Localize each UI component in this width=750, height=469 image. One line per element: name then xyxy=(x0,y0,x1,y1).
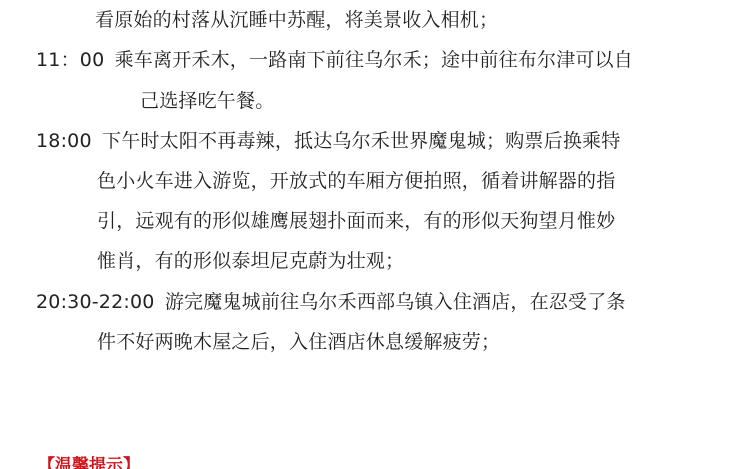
line-text: 件不好两晚木屋之后，入住酒店休息缓解疲劳； xyxy=(97,331,500,353)
itinerary-line-1800: 18:00 下午时太阳不再毒辣，抵达乌尔禾世界魔鬼城；购票后换乘特 xyxy=(36,129,620,153)
itinerary-line-continuation: 看原始的村落从沉睡中苏醒，将美景收入相机； xyxy=(95,8,498,32)
line-text: 乘车离开禾木，一路南下前往乌尔禾；途中前往布尔津可以自 xyxy=(115,49,633,71)
itinerary-line-continuation: 件不好两晚木屋之后，入住酒店休息缓解疲劳； xyxy=(97,330,500,354)
warning-heading: 【温馨提示】 xyxy=(38,456,140,469)
itinerary-line-1100: 11：00 乘车离开禾木，一路南下前往乌尔禾；途中前往布尔津可以自 xyxy=(36,48,633,72)
itinerary-line-continuation: 引，远观有的形似雄鹰展翅扑面而来，有的形似天狗望月惟妙 xyxy=(97,209,615,233)
itinerary-line-continuation: 惟肖，有的形似泰坦尼克蔚为壮观； xyxy=(97,249,404,273)
itinerary-line-continuation: 色小火车进入游览，开放式的车厢方便拍照，循着讲解器的指 xyxy=(97,169,615,193)
line-text: 色小火车进入游览，开放式的车厢方便拍照，循着讲解器的指 xyxy=(97,170,615,192)
line-text: 看原始的村落从沉睡中苏醒，将美景收入相机； xyxy=(95,9,498,31)
line-text: 引，远观有的形似雄鹰展翅扑面而来，有的形似天狗望月惟妙 xyxy=(97,210,615,232)
itinerary-line-continuation: 己选择吃午餐。 xyxy=(140,89,274,113)
time-label: 20:30-22:00 xyxy=(36,291,155,313)
line-text: 游完魔鬼城前往乌尔禾西部乌镇入住酒店，在忍受了条 xyxy=(165,291,626,313)
itinerary-line-2030: 20:30-22:00 游完魔鬼城前往乌尔禾西部乌镇入住酒店，在忍受了条 xyxy=(36,290,626,314)
time-label: 18:00 xyxy=(36,130,92,152)
line-text: 惟肖，有的形似泰坦尼克蔚为壮观； xyxy=(97,250,404,272)
line-text: 己选择吃午餐。 xyxy=(140,90,274,112)
line-text: 下午时太阳不再毒辣，抵达乌尔禾世界魔鬼城；购票后换乘特 xyxy=(102,130,620,152)
time-label: 11：00 xyxy=(36,49,104,71)
